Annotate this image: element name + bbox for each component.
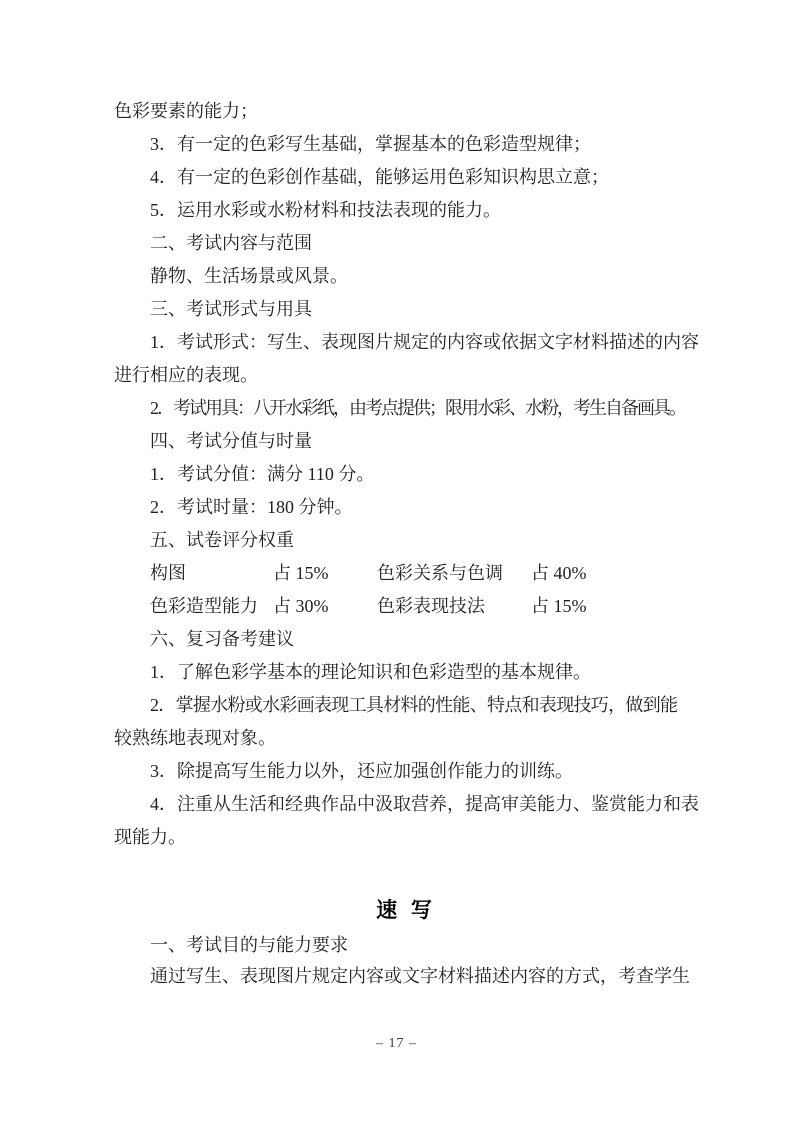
table-row: 色彩造型能力 占 30% 色彩表现技法 占 15%: [114, 590, 694, 623]
list-item-line: 1．考试形式：写生、表现图片规定的内容或依据文字材料描述的内容: [114, 326, 694, 359]
section-title-line: 二、考试内容与范围: [114, 227, 694, 260]
section-title-line: 四、考试分值与时量: [114, 425, 694, 458]
text-content: 色彩要素的能力； 3．有一定的色彩写生基础，掌握基本的色彩造型规律； 4．有一定…: [114, 95, 694, 992]
list-item-line: 1．了解色彩学基本的理论知识和色彩造型的基本规律。: [114, 656, 694, 689]
page-number: – 17 –: [0, 1036, 793, 1052]
body-text-line: 色彩要素的能力；: [114, 95, 694, 128]
list-item-line: 4．注重从生活和经典作品中汲取营养，提高审美能力、鉴赏能力和表: [114, 788, 694, 821]
list-item-line: 4．有一定的色彩创作基础，能够运用色彩知识构思立意；: [114, 161, 694, 194]
body-text-line: 现能力。: [114, 821, 694, 854]
weight-item-label: 色彩表现技法: [377, 590, 531, 623]
section-title-line: 六、复习备考建议: [114, 623, 694, 656]
document-page: 色彩要素的能力； 3．有一定的色彩写生基础，掌握基本的色彩造型规律； 4．有一定…: [0, 0, 793, 1122]
body-text-line: 进行相应的表现。: [114, 359, 694, 392]
next-chapter-intro: 一、考试目的与能力要求 通过写生、表现图片规定内容或文字材料描述内容的方式，考查…: [114, 930, 694, 992]
weight-item-value: 占 15%: [531, 590, 694, 623]
weight-item-label: 构图: [150, 557, 273, 590]
weight-item-value: 占 15%: [273, 557, 377, 590]
body-text-line: 静物、生活场景或风景。: [114, 260, 694, 293]
weight-item-label: 色彩造型能力: [150, 590, 273, 623]
list-item-line: 2．考试用具：八开水彩纸，由考点提供；限用水彩、水粉，考生自备画具。: [114, 392, 694, 425]
body-text-line: 通过写生、表现图片规定内容或文字材料描述内容的方式，考查学生: [114, 961, 694, 992]
weight-item-label: 色彩关系与色调: [377, 557, 531, 590]
body-text-line: 较熟练地表现对象。: [114, 722, 694, 755]
section-title-line: 五、试卷评分权重: [114, 524, 694, 557]
list-item-line: 5．运用水彩或水粉材料和技法表现的能力。: [114, 194, 694, 227]
section-title-line: 一、考试目的与能力要求: [114, 930, 694, 961]
list-item-line: 3．有一定的色彩写生基础，掌握基本的色彩造型规律；: [114, 128, 694, 161]
scoring-weights-table: 构图 占 15% 色彩关系与色调 占 40% 色彩造型能力 占 30% 色彩表现…: [114, 557, 694, 623]
list-item-line: 2．考试时量：180 分钟。: [114, 491, 694, 524]
chapter-heading: 速 写: [114, 892, 694, 930]
list-item-line: 3．除提高写生能力以外，还应加强创作能力的训练。: [114, 755, 694, 788]
weight-item-value: 占 30%: [273, 590, 377, 623]
list-item-line: 1．考试分值：满分 110 分。: [114, 458, 694, 491]
table-row: 构图 占 15% 色彩关系与色调 占 40%: [114, 557, 694, 590]
weight-item-value: 占 40%: [531, 557, 694, 590]
section-title-line: 三、考试形式与用具: [114, 293, 694, 326]
list-item-line: 2．掌握水粉或水彩画表现工具材料的性能、特点和表现技巧，做到能: [114, 689, 694, 722]
